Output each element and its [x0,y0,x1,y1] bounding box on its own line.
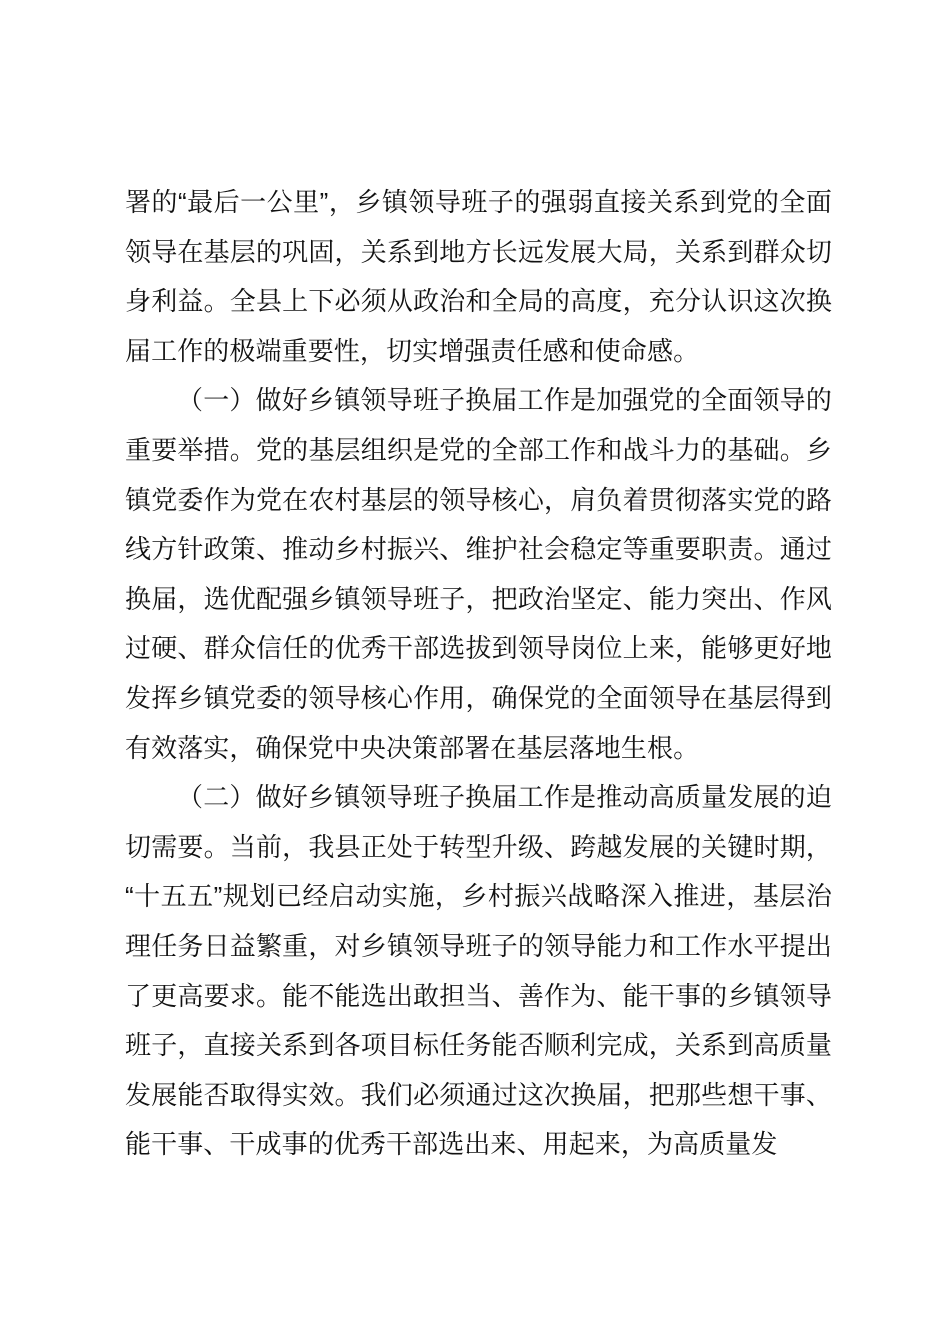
document-page: 署的“最后一公里”，乡镇领导班子的强弱直接关系到党的全面领导在基层的巩固，关系到… [0,0,950,1344]
body-paragraph-item-2: （二）做好乡镇领导班子换届工作是推动高质量发展的迫切需要。当前，我县正处于转型升… [125,773,832,1170]
body-paragraph-item-1: （一）做好乡镇领导班子换届工作是加强党的全面领导的重要举措。党的基层组织是党的全… [125,376,832,773]
document-text-block: 署的“最后一公里”，乡镇领导班子的强弱直接关系到党的全面领导在基层的巩固，关系到… [125,178,832,1170]
body-paragraph-continuation: 署的“最后一公里”，乡镇领导班子的强弱直接关系到党的全面领导在基层的巩固，关系到… [125,178,832,376]
